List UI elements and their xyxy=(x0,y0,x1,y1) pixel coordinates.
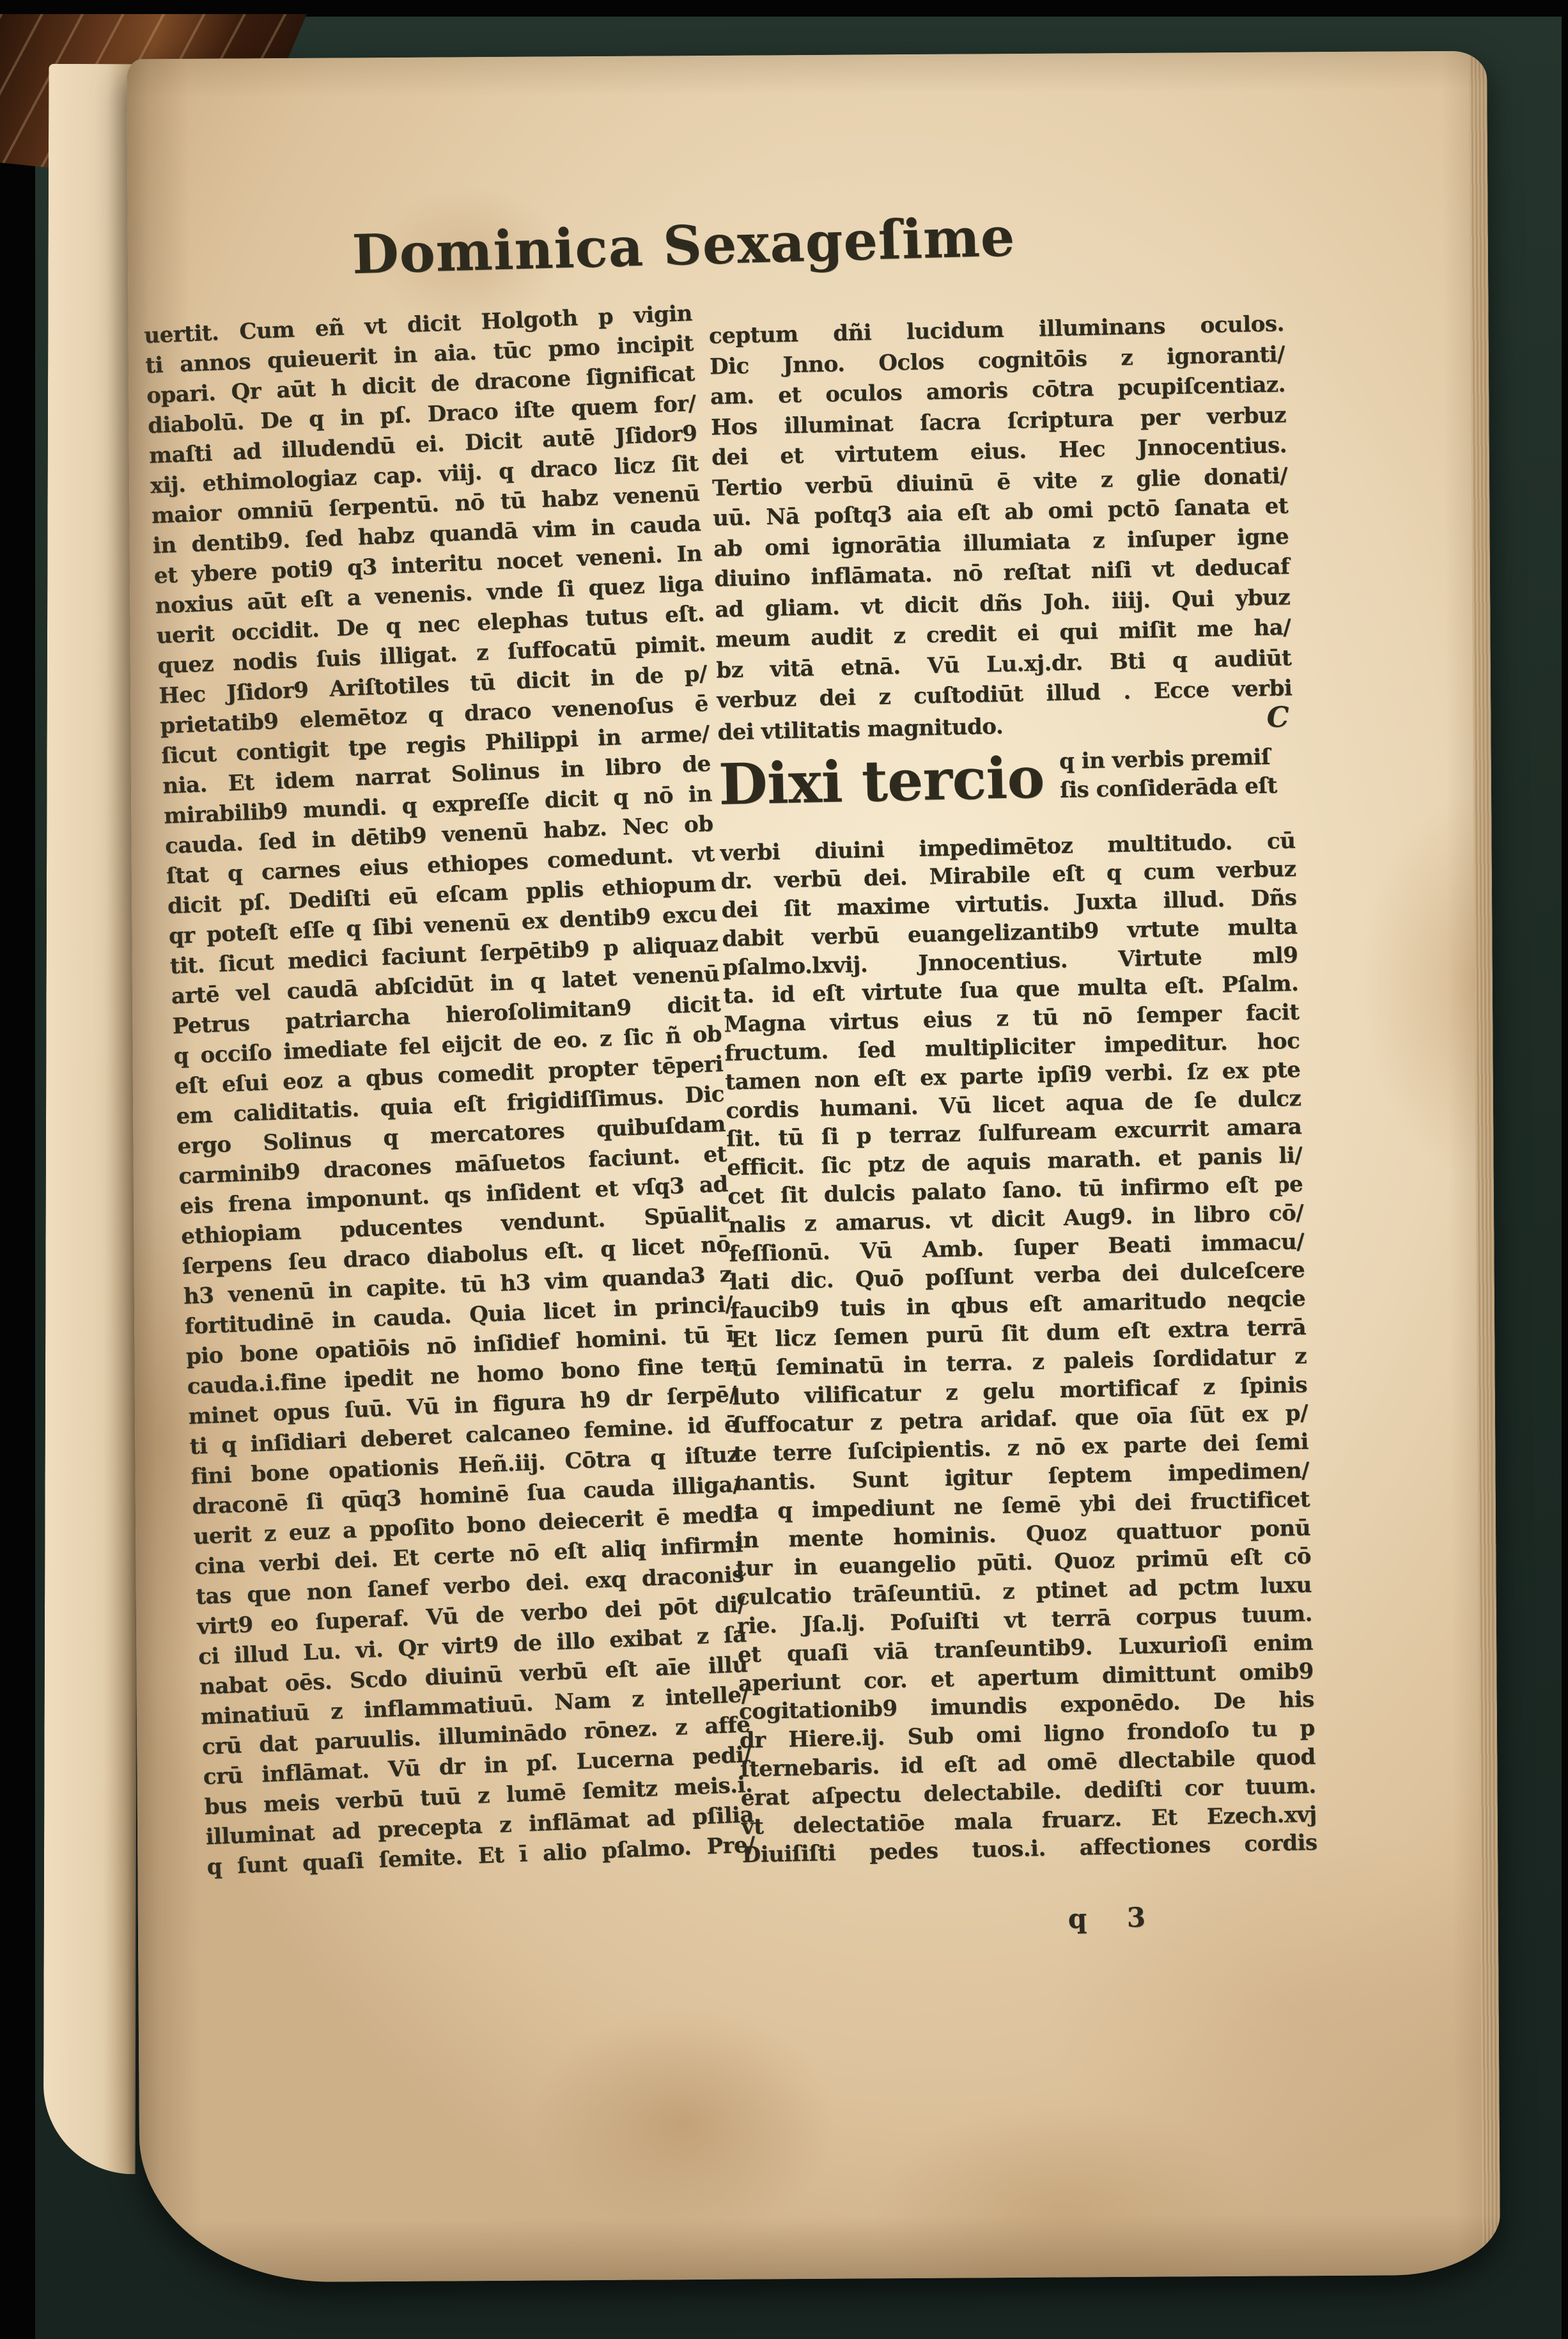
incipit-small-lines: q in verbis premiſſis conſiderāda eſt xyxy=(1059,739,1278,804)
text-line: ſis conſiderāda eſt xyxy=(1060,771,1278,804)
magnitudo-text: dei vtilitatis magnitudo. xyxy=(717,714,1004,746)
book-page: Dominica Sexageſime uertit. Cum eñ vt di… xyxy=(127,51,1500,2283)
page-stack-edge xyxy=(43,64,141,2174)
paragraph-mark: C xyxy=(1266,701,1289,734)
right-upper-block: ceptum dñi lucidum illuminans oculos.Dic… xyxy=(709,309,1292,716)
page-heading: Dominica Sexageſime xyxy=(352,205,1016,286)
signature-mark: q 3 xyxy=(1067,1902,1145,1934)
right-lower-block: verbi diuini impedimētoz multitudo. cūdr… xyxy=(720,827,1317,1870)
left-text-column: uertit. Cum eñ vt dicit Holgoth p vigint… xyxy=(144,299,756,1882)
incipit-large-text: Dixi tercio xyxy=(718,744,1045,817)
right-text-column: ceptum dñi lucidum illuminans oculos.Dic… xyxy=(709,309,1318,1870)
incipit-block: Dixi tercio q in verbis premiſſis conſid… xyxy=(718,739,1295,840)
text-line: q in verbis premiſ xyxy=(1059,742,1277,776)
screenshot-root: { "colors":{ "background":"#040404", "co… xyxy=(0,0,1568,2339)
